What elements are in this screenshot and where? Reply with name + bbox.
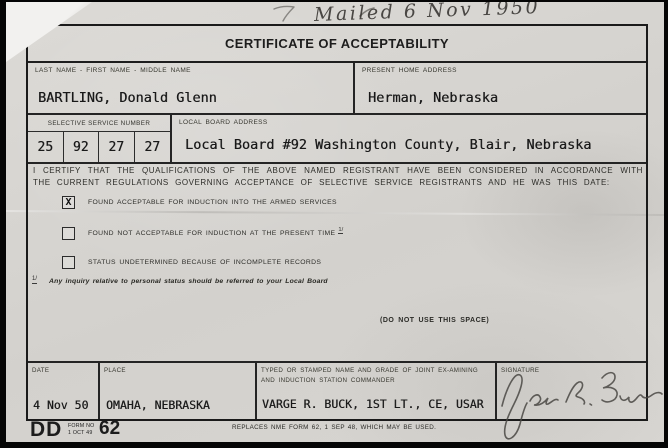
date-value: 4 Nov 50 xyxy=(33,398,88,412)
commander-value: VARGE R. BUCK, 1ST LT., CE, USAR xyxy=(262,397,484,411)
commander-label: TYPED OR STAMPED NAME AND GRADE OF JOINT… xyxy=(261,366,487,385)
title-bar: CERTIFICATE OF ACCEPTABILITY xyxy=(28,26,646,63)
ssn-board-row: SELECTIVE SERVICE NUMBER 25 92 27 27 LOC… xyxy=(28,115,646,164)
checkbox-not-acceptable xyxy=(62,227,75,240)
ssn-part: 92 xyxy=(64,132,100,162)
ssn-part: 27 xyxy=(135,132,171,162)
home-address-label: PRESENT HOME ADDRESS xyxy=(355,63,646,74)
replaces-note: REPLACES NME FORM 62, 1 SEP 48, WHICH MA… xyxy=(232,424,436,431)
name-field-value: BARTLING, Donald Glenn xyxy=(38,90,217,106)
selective-service-number-values: 25 92 27 27 xyxy=(28,132,170,162)
option-label: FOUND ACCEPTABLE FOR INDUCTION INTO THE … xyxy=(88,199,337,206)
place-value: OMAHA, NEBRASKA xyxy=(106,398,210,412)
checkbox-x-mark: X xyxy=(65,197,71,208)
local-board-address-field: LOCAL BOARD ADDRESS Local Board #92 Wash… xyxy=(172,115,646,162)
option-found-acceptable: X FOUND ACCEPTABLE FOR INDUCTION INTO TH… xyxy=(62,196,340,209)
form-prefix: DD xyxy=(30,418,62,442)
handwritten-mailed-note: Mailed 6 Nov 1950 xyxy=(314,2,541,26)
footnote-ref: 1/ xyxy=(338,227,343,234)
local-board-address-label: LOCAL BOARD ADDRESS xyxy=(172,115,646,126)
place-label: PLACE xyxy=(104,366,251,376)
checkbox-status-undetermined xyxy=(62,256,75,269)
home-address-value: Herman, Nebraska xyxy=(368,90,498,106)
form-title: CERTIFICATE OF ACCEPTABILITY xyxy=(225,36,449,51)
selective-service-number-field: SELECTIVE SERVICE NUMBER 25 92 27 27 xyxy=(28,115,172,162)
checkbox-found-acceptable: X xyxy=(62,196,75,209)
home-address-field: PRESENT HOME ADDRESS Herman, Nebraska xyxy=(355,63,646,113)
option-status-undetermined: STATUS UNDETERMINED BECAUSE OF INCOMPLET… xyxy=(62,256,324,269)
option-label: STATUS UNDETERMINED BECAUSE OF INCOMPLET… xyxy=(88,259,321,266)
selective-service-number-label: SELECTIVE SERVICE NUMBER xyxy=(28,115,170,132)
do-not-use-label: (DO NOT USE THIS SPACE) xyxy=(380,317,489,324)
footnote-text: Any inquiry relative to personal status … xyxy=(49,278,328,285)
name-field-label: LAST NAME - FIRST NAME - MIDDLE NAME xyxy=(28,63,353,74)
ssn-part: 27 xyxy=(99,132,135,162)
certification-statement: I CERTIFY THAT THE QUALIFICATIONS OF THE… xyxy=(33,165,643,190)
scanned-certificate-page: Mailed 6 Nov 1950 CERTIFICATE OF ACCEPTA… xyxy=(0,0,668,448)
date-label: DATE xyxy=(32,366,94,376)
name-address-row: LAST NAME - FIRST NAME - MIDDLE NAME BAR… xyxy=(28,63,646,115)
signature-handwriting xyxy=(486,360,664,442)
date-field: DATE 4 Nov 50 xyxy=(28,363,100,419)
commander-field: TYPED OR STAMPED NAME AND GRADE OF JOINT… xyxy=(257,363,497,419)
footnote-marker: 1/ xyxy=(32,276,37,284)
form-number: 62 xyxy=(99,418,120,440)
place-field: PLACE OMAHA, NEBRASKA xyxy=(100,363,257,419)
form-no-stack: FORM NO 1 OCT 49 xyxy=(68,423,94,437)
name-field: LAST NAME - FIRST NAME - MIDDLE NAME BAR… xyxy=(28,63,355,113)
local-board-address-value: Local Board #92 Washington County, Blair… xyxy=(185,137,591,153)
form-no-label: FORM NO xyxy=(68,423,94,430)
option-label: FOUND NOT ACCEPTABLE FOR INDUCTION AT TH… xyxy=(88,230,335,237)
footnote: 1/ Any inquiry relative to personal stat… xyxy=(32,278,328,286)
form-date: 1 OCT 49 xyxy=(68,430,94,437)
option-not-acceptable: FOUND NOT ACCEPTABLE FOR INDUCTION AT TH… xyxy=(62,227,343,240)
ssn-part: 25 xyxy=(28,132,64,162)
paper-sheet: Mailed 6 Nov 1950 CERTIFICATE OF ACCEPTA… xyxy=(6,2,664,442)
